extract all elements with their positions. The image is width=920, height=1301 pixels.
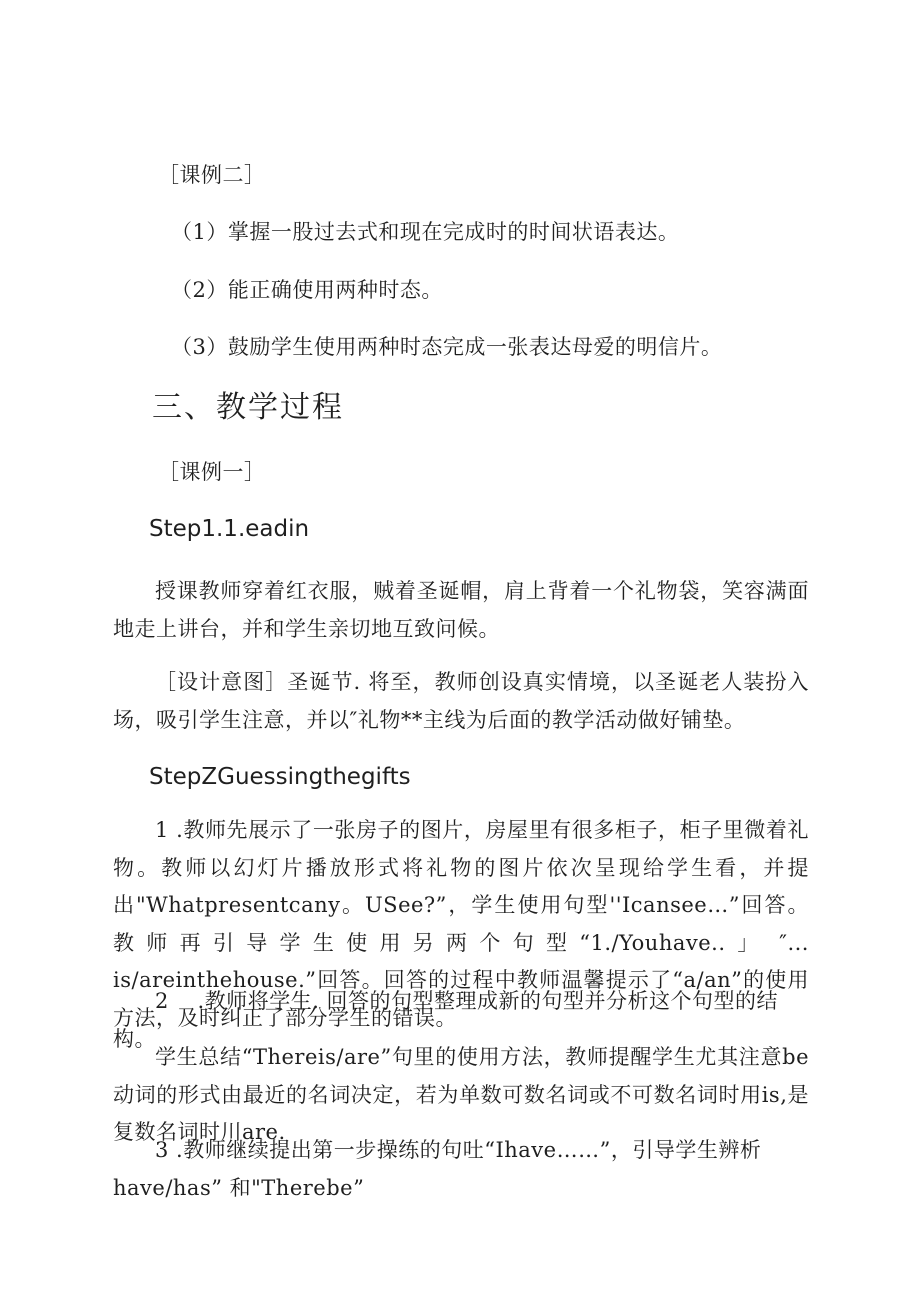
- section-heading-teaching-process: 三、教学过程: [113, 388, 809, 428]
- document-page: ［课例二］ （1）掌握一股过去式和现在完成时的时间状语表达。 （2）能正确使用两…: [0, 0, 920, 1301]
- bracket-label-lesson2: ［课例二］: [113, 157, 809, 195]
- step2-heading: StepZGuessingthegifts: [113, 762, 809, 792]
- objective-item-2: （2）能正确使用两种时态。: [113, 272, 809, 310]
- objective-item-3: （3）鼓励学生使用两种时态完成一张表达母爱的明信片。: [113, 329, 809, 367]
- step1-heading: Step1.1.eadin: [113, 514, 809, 544]
- paragraph-activity-3: 3 .教师继续提出第一步操练的句吐“Ihave……”，引导学生辨析have/ha…: [113, 1132, 809, 1207]
- paragraph-teacher-entry: 授课教师穿着红衣服，贼着圣诞帽，肩上背着一个礼物袋，笑容满面地走上讲台，并和学生…: [113, 573, 809, 648]
- objective-item-1: （1）掌握一股过去式和现在完成时的时间状语表达。: [113, 214, 809, 252]
- bracket-label-lesson1: ［课例一］: [113, 454, 809, 492]
- paragraph-design-intent: ［设计意图］圣诞节. 将至，教师创设真实情境，以圣诞老人装扮入场，吸引学生注意，…: [113, 664, 809, 739]
